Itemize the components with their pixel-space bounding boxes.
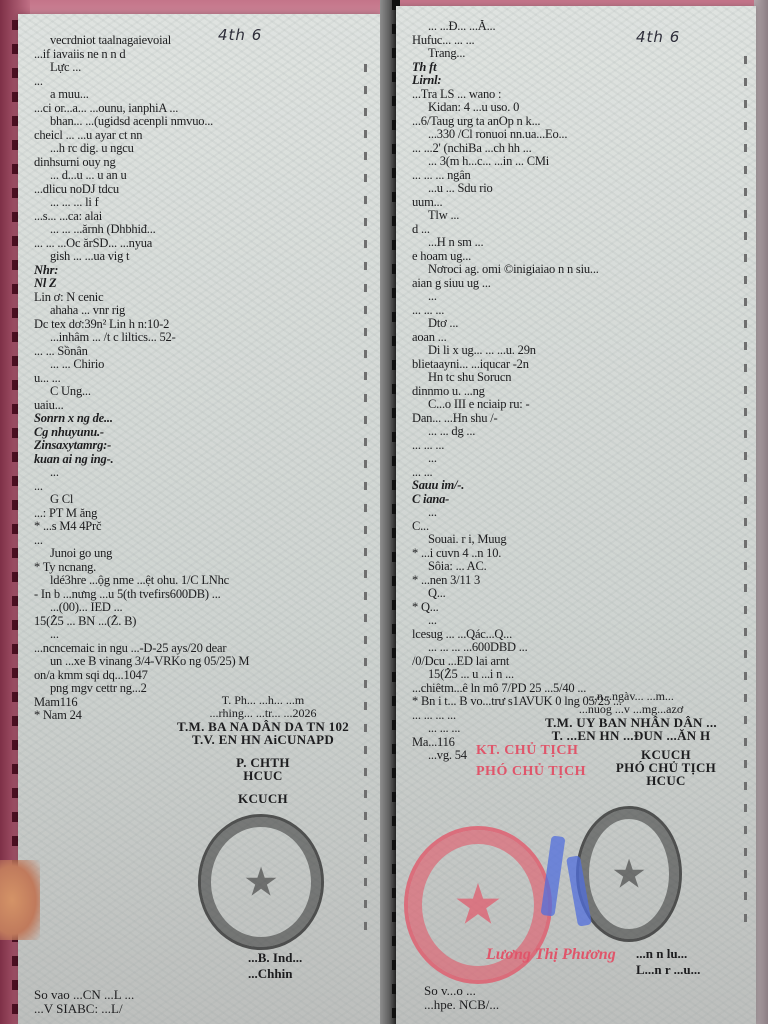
document-text-line: Sôia: ... AC.: [412, 560, 732, 574]
document-text-line: ... ... ...Oc ărSD... ...nyua: [34, 237, 356, 251]
document-text-line: Zinsaxytamrg:-: [34, 439, 356, 453]
document-text-line: ...inhâm ... /t c liltics... 52-: [34, 331, 356, 345]
document-text-line: bhan... ...(ugidsd acenpli nmvuo...: [34, 115, 356, 129]
right-signer-roles: KCUCH PHÓ CHỦ TỊCH HCUC: [606, 748, 726, 787]
red-stamp-title: KT. CHỦ TỊCH PHÓ CHỦ TỊCH: [476, 744, 616, 778]
document-text-line: Q...: [412, 587, 732, 601]
document-text-line: a muu...: [34, 88, 356, 102]
document-text-line: ...: [34, 534, 356, 548]
right-page: 4th 6 ... ...Đ... ...Ă...Hufuc... ... ..…: [396, 6, 756, 1024]
signer-role: HCUC: [148, 769, 378, 782]
document-text-line: ...if iavaiis ne n n d: [34, 48, 356, 62]
document-text-line: ...(00)... IED ...: [34, 601, 356, 615]
document-text-line: ... ... ...: [412, 304, 732, 318]
document-text-line: ... ... Chirio: [34, 358, 356, 372]
document-text-line: Lin ơ: N cenic: [34, 291, 356, 305]
signer-name-line: L...n r ...u...: [636, 962, 700, 978]
document-text-line: Th ft: [412, 61, 732, 75]
document-text-line: ...: [34, 466, 356, 480]
official-seal-black: ★: [576, 806, 682, 942]
page-edge-ticks: [744, 56, 747, 936]
seal-star-icon: ★: [243, 859, 279, 906]
footer-line: So v...o ...: [424, 984, 499, 998]
document-text-line: C...o III e nciaip ru: -: [412, 398, 732, 412]
document-text-line: Cg nhuyunu.-: [34, 426, 356, 440]
signer-role: KCUCH: [148, 792, 378, 805]
document-text-line: ... ...2' (nchiBa ...ch hh ...: [412, 142, 732, 156]
document-text-line: ...H n sm ...: [412, 236, 732, 250]
document-text-line: ...: [412, 614, 732, 628]
signer-name-line: ...n n lu...: [636, 946, 700, 962]
official-seal-black: ★: [198, 814, 324, 950]
red-stamp-line: PHÓ CHỦ TỊCH: [476, 765, 616, 778]
document-text-line: ...u ... Sdu rio: [412, 182, 732, 196]
left-page: 4th 6 vecrdniot taalnagaievoial...if iav…: [18, 14, 380, 1024]
document-text-line: Dc tex dơ:39n² Lin h n:10-2: [34, 318, 356, 332]
page-edge-ticks: [364, 64, 367, 944]
right-page-text: ... ...Đ... ...Ă...Hufuc... ... ...Trang…: [412, 20, 732, 763]
signer-role: HCUC: [606, 774, 726, 787]
document-text-line: ...s... ...ca: alai: [34, 210, 356, 224]
document-text-line: ...ncncemaic in ngu ...-D-25 ays/20 dear: [34, 642, 356, 656]
document-text-line: ...: PT M ăng: [34, 507, 356, 521]
registration-footer: So v...o ... ...hpe. NCB/...: [424, 984, 499, 1012]
left-page-text: vecrdniot taalnagaievoial...if iavaiis n…: [34, 34, 356, 723]
left-signature-block: T. Ph... ...h... ...m ...rhing... ...tr.…: [148, 694, 378, 805]
document-text-line: Junoi go ung: [34, 547, 356, 561]
document-text-line: * ...s M4 4Prč: [34, 520, 356, 534]
document-text-line: Hn tc shu Sorucn: [412, 371, 732, 385]
document-text-line: ... ... ... li f: [34, 196, 356, 210]
document-text-line: ... ...Đ... ...Ă...: [412, 20, 732, 34]
document-text-line: cheicl ... ...u ayar ct nn: [34, 129, 356, 143]
document-text-line: ... 3(m h...c... ...in ... CMi: [412, 155, 732, 169]
signer-name-red: Lương Thị Phương: [486, 946, 616, 964]
document-text-line: ... ...: [412, 466, 732, 480]
document-text-line: Di li x ug... ... ...u. 29n: [412, 344, 732, 358]
document-text-line: Sauu im/-.: [412, 479, 732, 493]
document-text-line: un ...xe B vinang 3/4-VRKo ng 05/25) M: [34, 655, 356, 669]
document-text-line: Tlw ...: [412, 209, 732, 223]
document-text-line: ...ci or...a... ...ounu, ianphiA ...: [34, 102, 356, 116]
document-text-line: C Ung...: [34, 385, 356, 399]
finger-in-photo: [0, 860, 40, 940]
document-text-line: Hufuc... ... ...: [412, 34, 732, 48]
authority-title: T.V. EN HN AiCUNAPD: [148, 733, 378, 746]
document-text-line: * Q...: [412, 601, 732, 615]
footer-line: So vao ...CN ...L ...: [34, 988, 134, 1002]
document-text-line: ... ... Sồnân: [34, 345, 356, 359]
document-text-line: vecrdniot taalnagaievoial: [34, 34, 356, 48]
red-stamp-line: KT. CHỦ TỊCH: [476, 744, 616, 757]
signer-name-line: ...B. Ind...: [248, 950, 302, 966]
document-text-line: /0/Dcu ...ED lai arnt: [412, 655, 732, 669]
document-text-line: Lực ...: [34, 61, 356, 75]
document-text-line: lcesug ... ...Qác...Q...: [412, 628, 732, 642]
document-text-line: d ...: [412, 223, 732, 237]
document-text-line: C iana-: [412, 493, 732, 507]
document-text-line: ...: [34, 480, 356, 494]
signer-name-line: ...Chhin: [248, 966, 302, 982]
document-text-line: Dan... ...Hn shu /-: [412, 412, 732, 426]
signer-name: ...n n lu... L...n r ...u...: [636, 946, 700, 978]
document-text-line: C...: [412, 520, 732, 534]
document-text-line: kuan ai ng ing-.: [34, 453, 356, 467]
document-text-line: Dtơ ...: [412, 317, 732, 331]
document-text-line: - In b ...nưng ...u 5(th tvefirs600DB) .…: [34, 588, 356, 602]
document-text-line: * ...nen 3/11 3: [412, 574, 732, 588]
document-text-line: ...: [34, 628, 356, 642]
document-text-line: Nhr:: [34, 264, 356, 278]
document-text-line: Souai. r i, Muug: [412, 533, 732, 547]
document-text-line: ... ... ...ărnh (Dhbhiđ...: [34, 223, 356, 237]
seal-star-icon: ★: [453, 873, 503, 938]
document-cover-right: [754, 0, 768, 1024]
right-signature-block: ...n...ngàv... ...m... ...nuog ...v ...m…: [506, 690, 756, 742]
document-text-line: * Ty ncnang.: [34, 561, 356, 575]
document-text-line: Nl Z: [34, 277, 356, 291]
document-text-line: Lirnl:: [412, 74, 732, 88]
document-text-line: Nơroci ag. omi ©inigiaiao n n siu...: [412, 263, 732, 277]
authority-title: T. ...EN HN ...ĐUN ...ĂN H: [506, 729, 756, 742]
document-text-line: ...6/Taug urg ta anOp n k...: [412, 115, 732, 129]
document-text-line: aian g siuu ug ...: [412, 277, 732, 291]
document-text-line: ...330 /Cl ronuoi nn.ua...Eo...: [412, 128, 732, 142]
document-text-line: Kidan: 4 ...u uso. 0: [412, 101, 732, 115]
document-text-line: Trang...: [412, 47, 732, 61]
document-text-line: ...: [412, 290, 732, 304]
document-text-line: 15(Ž5 ... BN ...(Ž. B): [34, 615, 356, 629]
document-text-line: ldé3hre ...ộg nme ...ệt ohu. 1/C LNhc: [34, 574, 356, 588]
document-text-line: e hoam ug...: [412, 250, 732, 264]
document-text-line: ...Tra LS ... wano :: [412, 88, 732, 102]
document-text-line: blietaayni... ...iqucar -2n: [412, 358, 732, 372]
document-text-line: ahaha ... vnr rig: [34, 304, 356, 318]
document-text-line: gish ... ...ua vig t: [34, 250, 356, 264]
document-text-line: * ...i cuvn 4 ..n 10.: [412, 547, 732, 561]
footer-line: ...hpe. NCB/...: [424, 998, 499, 1012]
document-text-line: ... d...u ... u an u: [34, 169, 356, 183]
document-text-line: dinhsurni ouy ng: [34, 156, 356, 170]
footer-line: ...V SIABC: ...L/: [34, 1002, 134, 1016]
document-text-line: ...: [412, 452, 732, 466]
document-text-line: ... ... ...: [412, 439, 732, 453]
registration-footer: So vao ...CN ...L ... ...V SIABC: ...L/: [34, 988, 134, 1016]
document-text-line: ...: [34, 75, 356, 89]
document-text-line: on/a kmm sqi dq...1047: [34, 669, 356, 683]
document-text-line: ...h rc dig. u ngcu: [34, 142, 356, 156]
document-text-line: Sonrn x ng de...: [34, 412, 356, 426]
document-text-line: ... ... ... ngân: [412, 169, 732, 183]
document-text-line: uaiu...: [34, 399, 356, 413]
document-text-line: ...dlicu noDJ tdcu: [34, 183, 356, 197]
document-text-line: ... ... dg ...: [412, 425, 732, 439]
signer-name: ...B. Ind... ...Chhin: [248, 950, 302, 982]
document-text-line: aoan ...: [412, 331, 732, 345]
document-text-line: u... ...: [34, 372, 356, 386]
document-text-line: uum...: [412, 196, 732, 210]
document-text-line: 15(Ž5 ... u ...i n ...: [412, 668, 732, 682]
document-text-line: ...: [412, 506, 732, 520]
seal-star-icon: ★: [611, 851, 647, 898]
document-text-line: G Cl: [34, 493, 356, 507]
document-text-line: ... ... ... ...600DBD ...: [412, 641, 732, 655]
document-text-line: dinnmo u. ...ng: [412, 385, 732, 399]
